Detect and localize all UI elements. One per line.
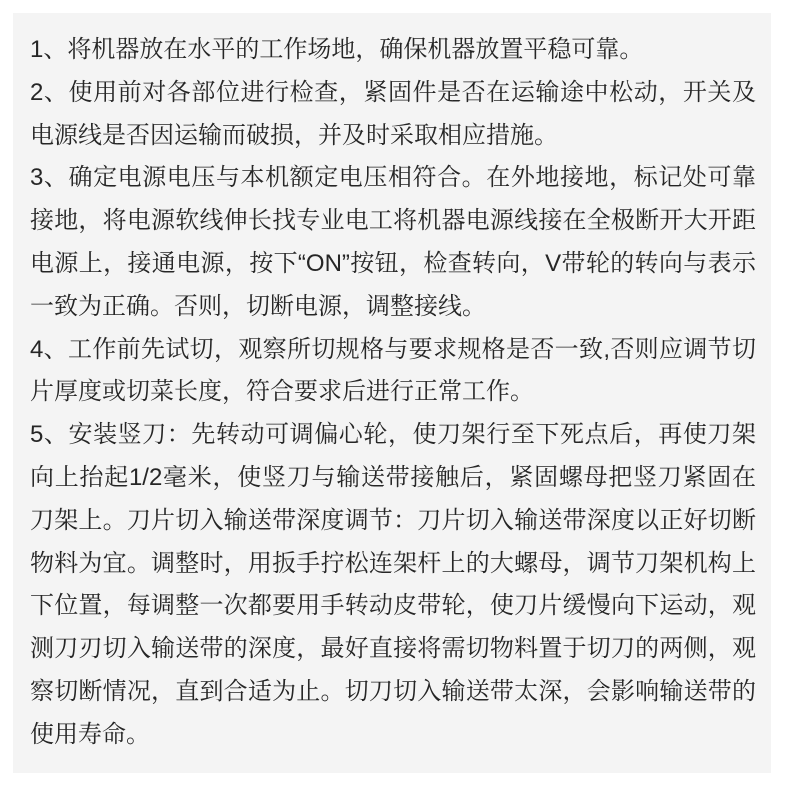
instruction-item-4: 4、工作前先试切，观察所切规格与要求规格是否一致,否则应调节切片厚度或切菜长度，… xyxy=(30,329,756,415)
instructions-content: 1、将机器放在水平的工作场地，确保机器放置平稳可靠。 2、使用前对各部位进行检查… xyxy=(13,13,771,757)
instruction-item-1: 1、将机器放在水平的工作场地，确保机器放置平稳可靠。 xyxy=(30,29,756,72)
instruction-item-2: 2、使用前对各部位进行检查，紧固件是否在运输途中松动，开关及电源线是否因运输而破… xyxy=(30,72,756,158)
instruction-item-3: 3、确定电源电压与本机额定电压相符合。在外地接地，标记处可靠接地，将电源软线伸长… xyxy=(30,157,756,328)
instructions-panel: 1、将机器放在水平的工作场地，确保机器放置平稳可靠。 2、使用前对各部位进行检查… xyxy=(13,13,771,773)
instruction-item-5: 5、安装竖刀：先转动可调偏心轮，使刀架行至下死点后，再使刀架向上抬起1/2毫米，… xyxy=(30,414,756,756)
